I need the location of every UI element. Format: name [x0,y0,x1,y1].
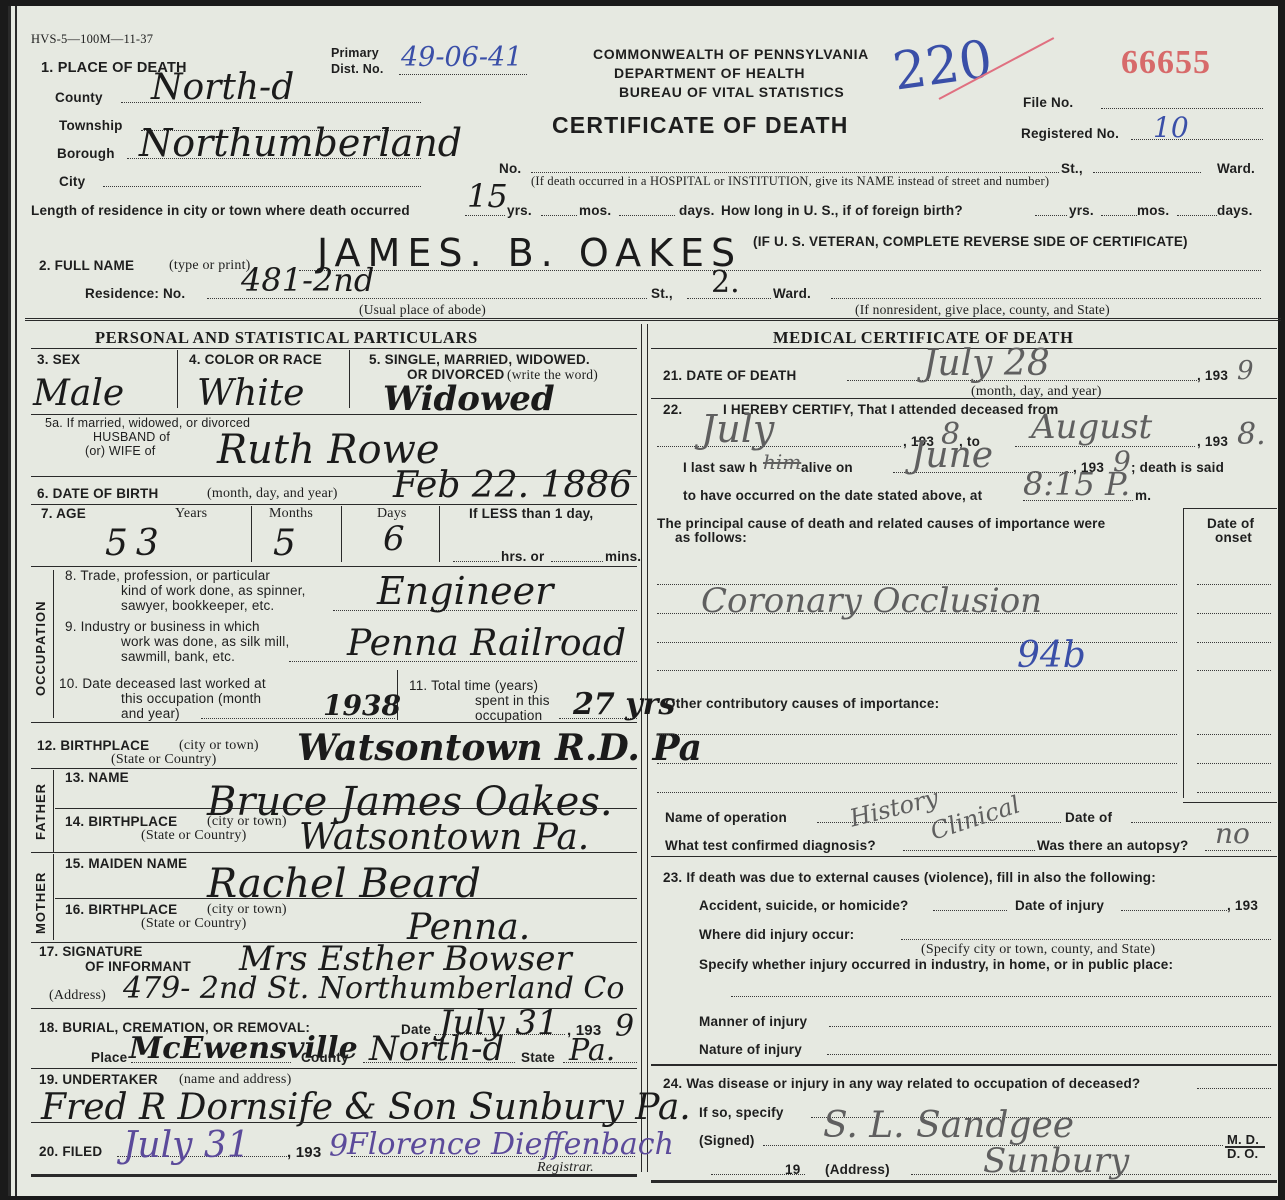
burial-county-label: County [301,1050,349,1065]
residence-years-line [465,215,505,216]
attended-to-year-prefix: , 193 [1197,434,1228,449]
trade-label-2: kind of work done, as spinner, [121,583,306,598]
rule [53,770,54,852]
nature-line [827,1054,1271,1055]
nonresident-note: (If nonresident, give place, county, and… [855,302,1110,318]
filed-year-prefix: , 193 [287,1144,321,1161]
sex-label: 3. SEX [37,352,80,367]
city-line [103,186,421,187]
attended-from-value: July [701,410,774,448]
total-time-label-2: spent in this [475,693,550,708]
onset-line-3 [1197,642,1271,643]
injury-year-prefix: , 193 [1227,898,1258,913]
onset-label-1: Date of [1207,516,1254,531]
time-value: 8:15 P. [1023,468,1130,500]
rule [651,1180,1277,1183]
other-onset-2 [1197,763,1271,764]
operation-label: Name of operation [665,810,787,825]
industry-label-2: work was done, as silk mill, [121,634,289,649]
autopsy-label: Was there an autopsy? [1037,838,1188,853]
foreign-mos-label: mos. [1137,203,1169,218]
other-line-2 [657,763,1177,764]
rule [31,768,637,769]
signed-label: (Signed) [699,1133,755,1148]
age-label: 7. AGE [41,506,86,521]
abode-note: (Usual place of abode) [359,302,486,318]
rule [1183,508,1277,509]
certify-number: 22. [663,402,682,417]
rule [31,348,637,349]
where-line [901,939,1271,940]
dist-no-label: Dist. No. [331,62,384,76]
do-label: D. O. [1227,1146,1258,1161]
registrar-signature: Florence Dieffenbach [347,1130,674,1160]
cause-line-4 [657,670,1177,671]
burial-place-label: Place [91,1050,127,1065]
date-of-death-year-digit: 9 [1237,358,1254,384]
yrs-label: yrs. [507,203,532,218]
rule [31,852,637,853]
onset-line-1 [1197,584,1271,585]
registered-no-label: Registered No. [1021,126,1119,141]
injury-date-line [1121,910,1227,911]
days-line [619,215,675,216]
dob-label: 6. DATE OF BIRTH [37,486,158,501]
physician-signature: S. L. Sandgee [823,1108,1074,1144]
veteran-note: (IF U. S. VETERAN, COMPLETE REVERSE SIDE… [753,234,1188,249]
township-label: Township [59,118,123,133]
rule [31,504,637,505]
external-causes-label: 23. If death was due to external causes … [663,870,1156,885]
rule [53,570,54,718]
hospital-note: (If death occurred in a HOSPITAL or INST… [531,174,1049,189]
injury-date-label: Date of injury [1015,898,1104,913]
agency-line-2: DEPARTMENT OF HEALTH [614,65,805,81]
foreign-mos-line [1101,215,1137,216]
birthplace-label: 12. BIRTHPLACE [37,738,149,753]
onset-line-4 [1197,670,1271,671]
agency-line-1: COMMONWEALTH OF PENNSYLVANIA [593,46,869,62]
county-label: County [55,90,103,105]
marital-label-1: 5. SINGLE, MARRIED, WIDOWED. [369,352,590,367]
last-saw-pronoun: him [763,452,801,472]
primary-dist-value: 49-06-41 [401,44,522,71]
total-time-value: 27 yrs [573,690,675,720]
if-so-specify-label: If so, specify [699,1105,784,1120]
last-worked-label-3: and year) [121,706,180,721]
burial-county-value: North-d [369,1032,504,1066]
rule [55,898,637,899]
accident-line [933,910,1007,911]
burial-state-label: State [521,1050,555,1065]
header-divider [25,318,1281,321]
mother-birthplace-label: 16. BIRTHPLACE [65,902,177,917]
spouse-value: Ruth Rowe [217,430,440,470]
rule [31,722,637,723]
race-label: 4. COLOR OR RACE [189,352,322,367]
onset-label-2: onset [1215,530,1252,545]
birthplace-note-2: (State or Country) [111,752,216,768]
last-saw-value: June [911,438,993,474]
onset-line-2 [1197,613,1271,614]
manner-line [829,1026,1271,1027]
father-name-label: 13. NAME [65,770,129,785]
filed-date-value: July 31 [123,1128,250,1164]
time-suffix: m. [1135,488,1151,503]
rule [651,398,1277,399]
undertaker-note: (name and address) [179,1072,291,1088]
registered-no-value: 10 [1153,114,1189,142]
street-no-label: No. [499,161,521,176]
industry-label-3: sawmill, bank, etc. [121,649,235,664]
father-birthplace-note-2: (State or Country) [141,828,246,844]
nonresident-line [831,298,1261,299]
marital-value: Widowed [383,382,555,416]
operation-date-line [1131,822,1271,823]
operation-date-label: Date of [1065,810,1112,825]
personal-section-title: PERSONAL AND STATISTICAL PARTICULARS [95,328,478,348]
agency-line-3: BUREAU OF VITAL STATISTICS [619,84,844,100]
specify-label: Specify whether injury occurred in indus… [699,957,1173,972]
informant-address-label: (Address) [49,988,106,1004]
other-onset-1 [1197,734,1271,735]
informant-address-value: 479- 2nd St. Northumberland Co [123,974,624,1004]
rule [341,506,342,562]
nature-label: Nature of injury [699,1042,802,1057]
rule [439,506,440,562]
trade-label-3: sawyer, bookkeeper, etc. [121,598,274,613]
test-value: Clinical [928,792,1023,843]
residence-no-value: 481-2nd [241,264,374,296]
death-certificate: HVS-5—100M—11-37 1. PLACE OF DEATH Prima… [8,6,1278,1196]
death-said-label: ; death is said [1131,460,1224,475]
registered-no-line [1131,139,1263,140]
county-value: North-d [151,70,294,106]
rule [1183,508,1184,798]
filed-label: 20. FILED [39,1144,102,1159]
cause-line-3 [657,642,1177,643]
rule [651,856,1277,857]
borough-value: Northumberland [139,124,462,162]
residence-length-years: 15 [467,180,508,212]
foreign-days-line [1177,215,1217,216]
filed-year-digit: 9 [329,1132,348,1162]
cause-value: Coronary Occlusion [701,584,1042,618]
autopsy-value: no [1215,820,1250,848]
race-value: White [197,376,304,412]
where-label: Where did injury occur: [699,927,854,942]
hrs-line [453,561,499,562]
mother-side-label: MOTHER [33,872,48,934]
address-label: (Address) [825,1162,890,1177]
signature-year-label: 19 [785,1162,800,1177]
burial-state-value: Pa. [569,1036,615,1066]
foreign-yrs-line [1035,215,1067,216]
attended-from-line [657,446,901,447]
rule [177,350,178,408]
days-label: days. [679,203,715,218]
test-label: What test confirmed diagnosis? [665,838,876,853]
father-birthplace-value: Watsontown Pa. [299,820,589,856]
occurred-label: to have occurred on the date stated abov… [683,488,982,503]
other-line-1 [657,734,1177,735]
form-code: HVS-5—100M—11-37 [31,32,153,47]
file-no-field [1101,108,1263,109]
test-line [903,850,1035,851]
mins-line [551,561,603,562]
rule [55,808,637,809]
rule [31,1068,637,1069]
md-label: M. D. [1227,1132,1259,1147]
residence-length-label: Length of residence in city or town wher… [31,203,410,218]
specify-line [731,996,1271,997]
physician-address: Sunbury [983,1144,1129,1178]
industry-label-1: 9. Industry or business in which [65,619,260,634]
mother-birthplace-note-2: (State or Country) [141,916,246,932]
dob-note: (month, day, and year) [207,486,338,502]
dob-value: Feb 22. 1886 [393,468,632,504]
cause-code: 94b [1017,638,1086,674]
date-of-death-label: 21. DATE OF DEATH [663,368,796,383]
informant-label-1: 17. SIGNATURE [39,944,143,959]
autopsy-line [1205,850,1271,851]
spouse-label-3: (or) WIFE of [85,444,155,458]
date-of-death-year-prefix: , 193 [1197,368,1228,383]
rule [31,414,637,415]
rule [53,854,54,940]
other-onset-3 [1197,792,1271,793]
city-label: City [59,174,85,189]
father-birthplace-label: 14. BIRTHPLACE [65,814,177,829]
borough-label: Borough [57,146,115,161]
rule [31,566,637,567]
age-months-label: Months [269,506,313,522]
manner-label: Manner of injury [699,1014,807,1029]
occupational-label: 24. Was disease or injury in any way rel… [663,1076,1140,1091]
foreign-birth-label: How long in U. S., if of foreign birth? [721,203,963,218]
alive-on-label: alive on [801,460,853,475]
full-name-label: 2. FULL NAME [39,258,134,273]
undertaker-label: 19. UNDERTAKER [39,1072,158,1087]
other-causes-label: Other contributory causes of importance: [665,696,939,711]
foreign-yrs-label: yrs. [1069,203,1094,218]
cause-label-1: The principal cause of death and related… [657,516,1105,531]
sex-value: Male [33,376,124,412]
mins-label: mins. [605,549,641,564]
dist-no-line [399,74,527,75]
last-saw-label: I last saw h [683,460,757,475]
total-time-label-1: 11. Total time (years) [409,678,538,693]
last-worked-label-1: 10. Date deceased last worked at [59,676,266,691]
street-line [531,172,1059,173]
industry-value: Penna Railroad [347,626,626,662]
occupation-side-label: OCCUPATION [33,601,48,696]
rule [1183,802,1277,803]
annotation-number: 220 [890,33,996,98]
age-years-label: Years [175,506,207,522]
accident-label: Accident, suicide, or homicide? [699,898,909,913]
foreign-days-label: days. [1217,203,1253,218]
date-of-death-value: July 28 [923,346,1050,382]
rule [251,506,252,562]
rule [31,1122,637,1123]
trade-label-1: 8. Trade, profession, or particular [65,568,270,583]
ward-label: Ward. [1217,161,1255,176]
spouse-label-2: HUSBAND of [93,430,170,444]
trade-value: Engineer [377,572,553,610]
where-note: (Specify city or town, county, and State… [921,942,1155,958]
full-name-value: JAMES. B. OAKES [317,234,742,272]
less-than-day-label: If LESS than 1 day, [469,506,593,521]
rule [349,350,350,408]
attended-to-year-digit: 8. [1237,420,1266,450]
mother-name-label: 15. MAIDEN NAME [65,856,187,871]
age-months-value: 5 [273,526,296,562]
attended-to-value: August [1031,410,1152,444]
burial-year-digit: 9 [615,1012,634,1042]
certificate-title: CERTIFICATE OF DEATH [552,112,849,139]
age-years-value: 53 [105,526,167,562]
hrs-label: hrs. or [501,549,544,564]
mos-label: mos. [579,203,611,218]
file-no-label: File No. [1023,95,1073,110]
last-worked-value: 1938 [323,692,401,720]
cause-label-2: as follows: [675,530,747,545]
residence-st-label: St., [651,286,673,301]
ward-line [1093,172,1201,173]
residence-ward-label: Ward. [773,286,811,301]
birthplace-value: Watsontown R.D. Pa [297,730,702,766]
residence-ward-value: 2. [711,268,740,298]
stamp-number: 66655 [1121,44,1211,82]
rule [31,1174,637,1177]
last-worked-label-2: this occupation (month [121,691,261,706]
residence-label: Residence: No. [85,286,185,301]
occupational-line [1197,1088,1271,1089]
father-side-label: FATHER [33,783,48,840]
undertaker-value: Fred R Dornsife & Son Sunbury Pa. [41,1090,691,1126]
street-st-label: St., [1061,161,1083,176]
primary-dist-label: Primary [331,46,379,60]
age-days-value: 6 [383,522,405,556]
full-name-note: (type or print) [169,258,251,274]
total-time-label-3: occupation [475,708,542,723]
rule [651,1064,1277,1066]
mos-line [541,215,577,216]
